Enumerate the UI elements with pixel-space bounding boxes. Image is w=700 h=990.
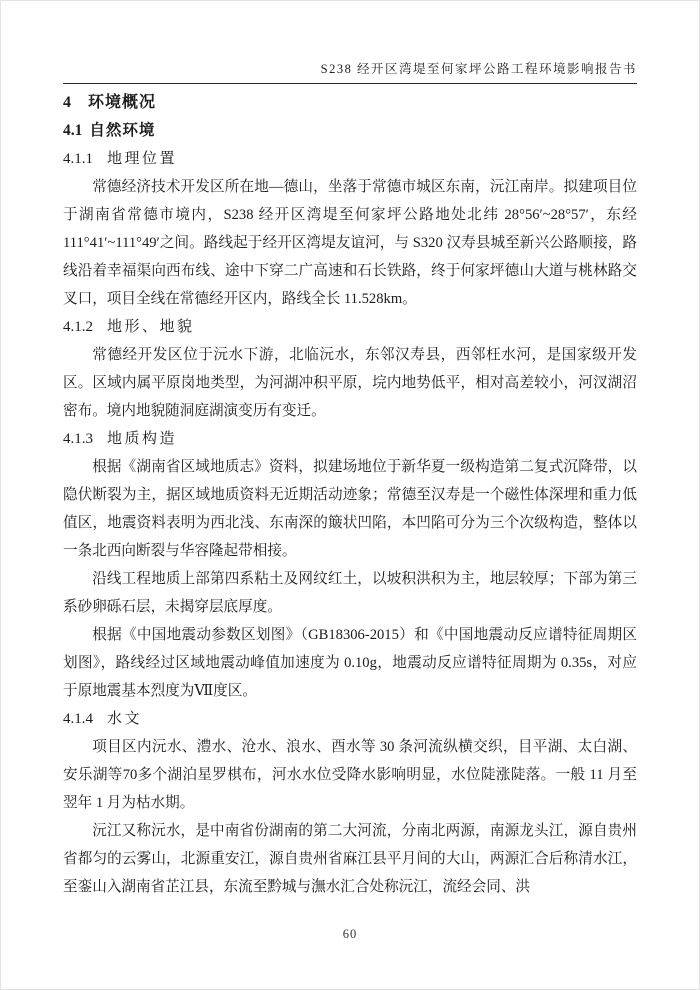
- section-4-1-1-number: 4.1.1: [63, 151, 93, 167]
- page-footer: 60: [1, 925, 699, 943]
- section-4-1-4-title: 水文: [107, 711, 142, 727]
- section-heading-4-1-2: 4.1.2地形、地貌: [63, 313, 637, 341]
- header-title: S238 经开区湾堤至何家坪公路工程环境影响报告书: [321, 62, 637, 76]
- paragraph-terrain: 常德经开发区位于沅水下游，北临沅水，东邻汉寿县，西邻枉水河，是国家级开发区。区域…: [63, 341, 637, 425]
- paragraph-hydrology-2: 沅江又称沅水，是中南省份湖南的第二大河流，分南北两源，南源龙头江，源自贵州省都匀…: [63, 817, 637, 901]
- section-4-1-number: 4.1: [63, 122, 82, 139]
- section-4-1-2-title: 地形、地貌: [107, 319, 195, 335]
- section-4-1-2-number: 4.1.2: [63, 319, 93, 335]
- section-4-1-4-number: 4.1.4: [63, 711, 93, 727]
- chapter-title: 环境概况: [88, 94, 156, 111]
- chapter-number: 4: [63, 94, 71, 111]
- section-heading-4-1: 4.1自然环境: [63, 117, 637, 145]
- document-content: 4环境概况 4.1自然环境 4.1.1地理位置 常德经济技术开发区所在地—德山，…: [63, 89, 637, 901]
- paragraph-geology-1: 根据《湖南省区域地质志》资料，拟建场地位于新华夏一级构造第二复式沉降带，以隐伏断…: [63, 453, 637, 565]
- paragraph-geology-3: 根据《中国地震动参数区划图》（GB18306-2015）和《中国地震动反应谱特征…: [63, 621, 637, 705]
- chapter-heading: 4环境概况: [63, 89, 637, 117]
- section-heading-4-1-4: 4.1.4水文: [63, 705, 637, 733]
- page-number: 60: [343, 927, 358, 941]
- paragraph-location: 常德经济技术开发区所在地—德山，坐落于常德市城区东南，沅江南岸。拟建项目位于湖南…: [63, 173, 637, 313]
- section-4-1-title: 自然环境: [89, 122, 155, 139]
- paragraph-geology-2: 沿线工程地质上部第四系粘土及网纹红土，以坡积洪积为主，地层较厚；下部为第三系砂卵…: [63, 565, 637, 621]
- document-page: S238 经开区湾堤至何家坪公路工程环境影响报告书 4环境概况 4.1自然环境 …: [0, 0, 700, 990]
- page-header: S238 经开区湾堤至何家坪公路工程环境影响报告书: [63, 1, 637, 84]
- paragraph-hydrology-1: 项目区内沅水、澧水、沧水、浪水、酉水等 30 条河流纵横交织，目平湖、太白湖、安…: [63, 733, 637, 817]
- section-4-1-3-title: 地质构造: [107, 431, 177, 447]
- section-heading-4-1-3: 4.1.3地质构造: [63, 425, 637, 453]
- section-4-1-3-number: 4.1.3: [63, 431, 93, 447]
- section-heading-4-1-1: 4.1.1地理位置: [63, 145, 637, 173]
- section-4-1-1-title: 地理位置: [107, 151, 177, 167]
